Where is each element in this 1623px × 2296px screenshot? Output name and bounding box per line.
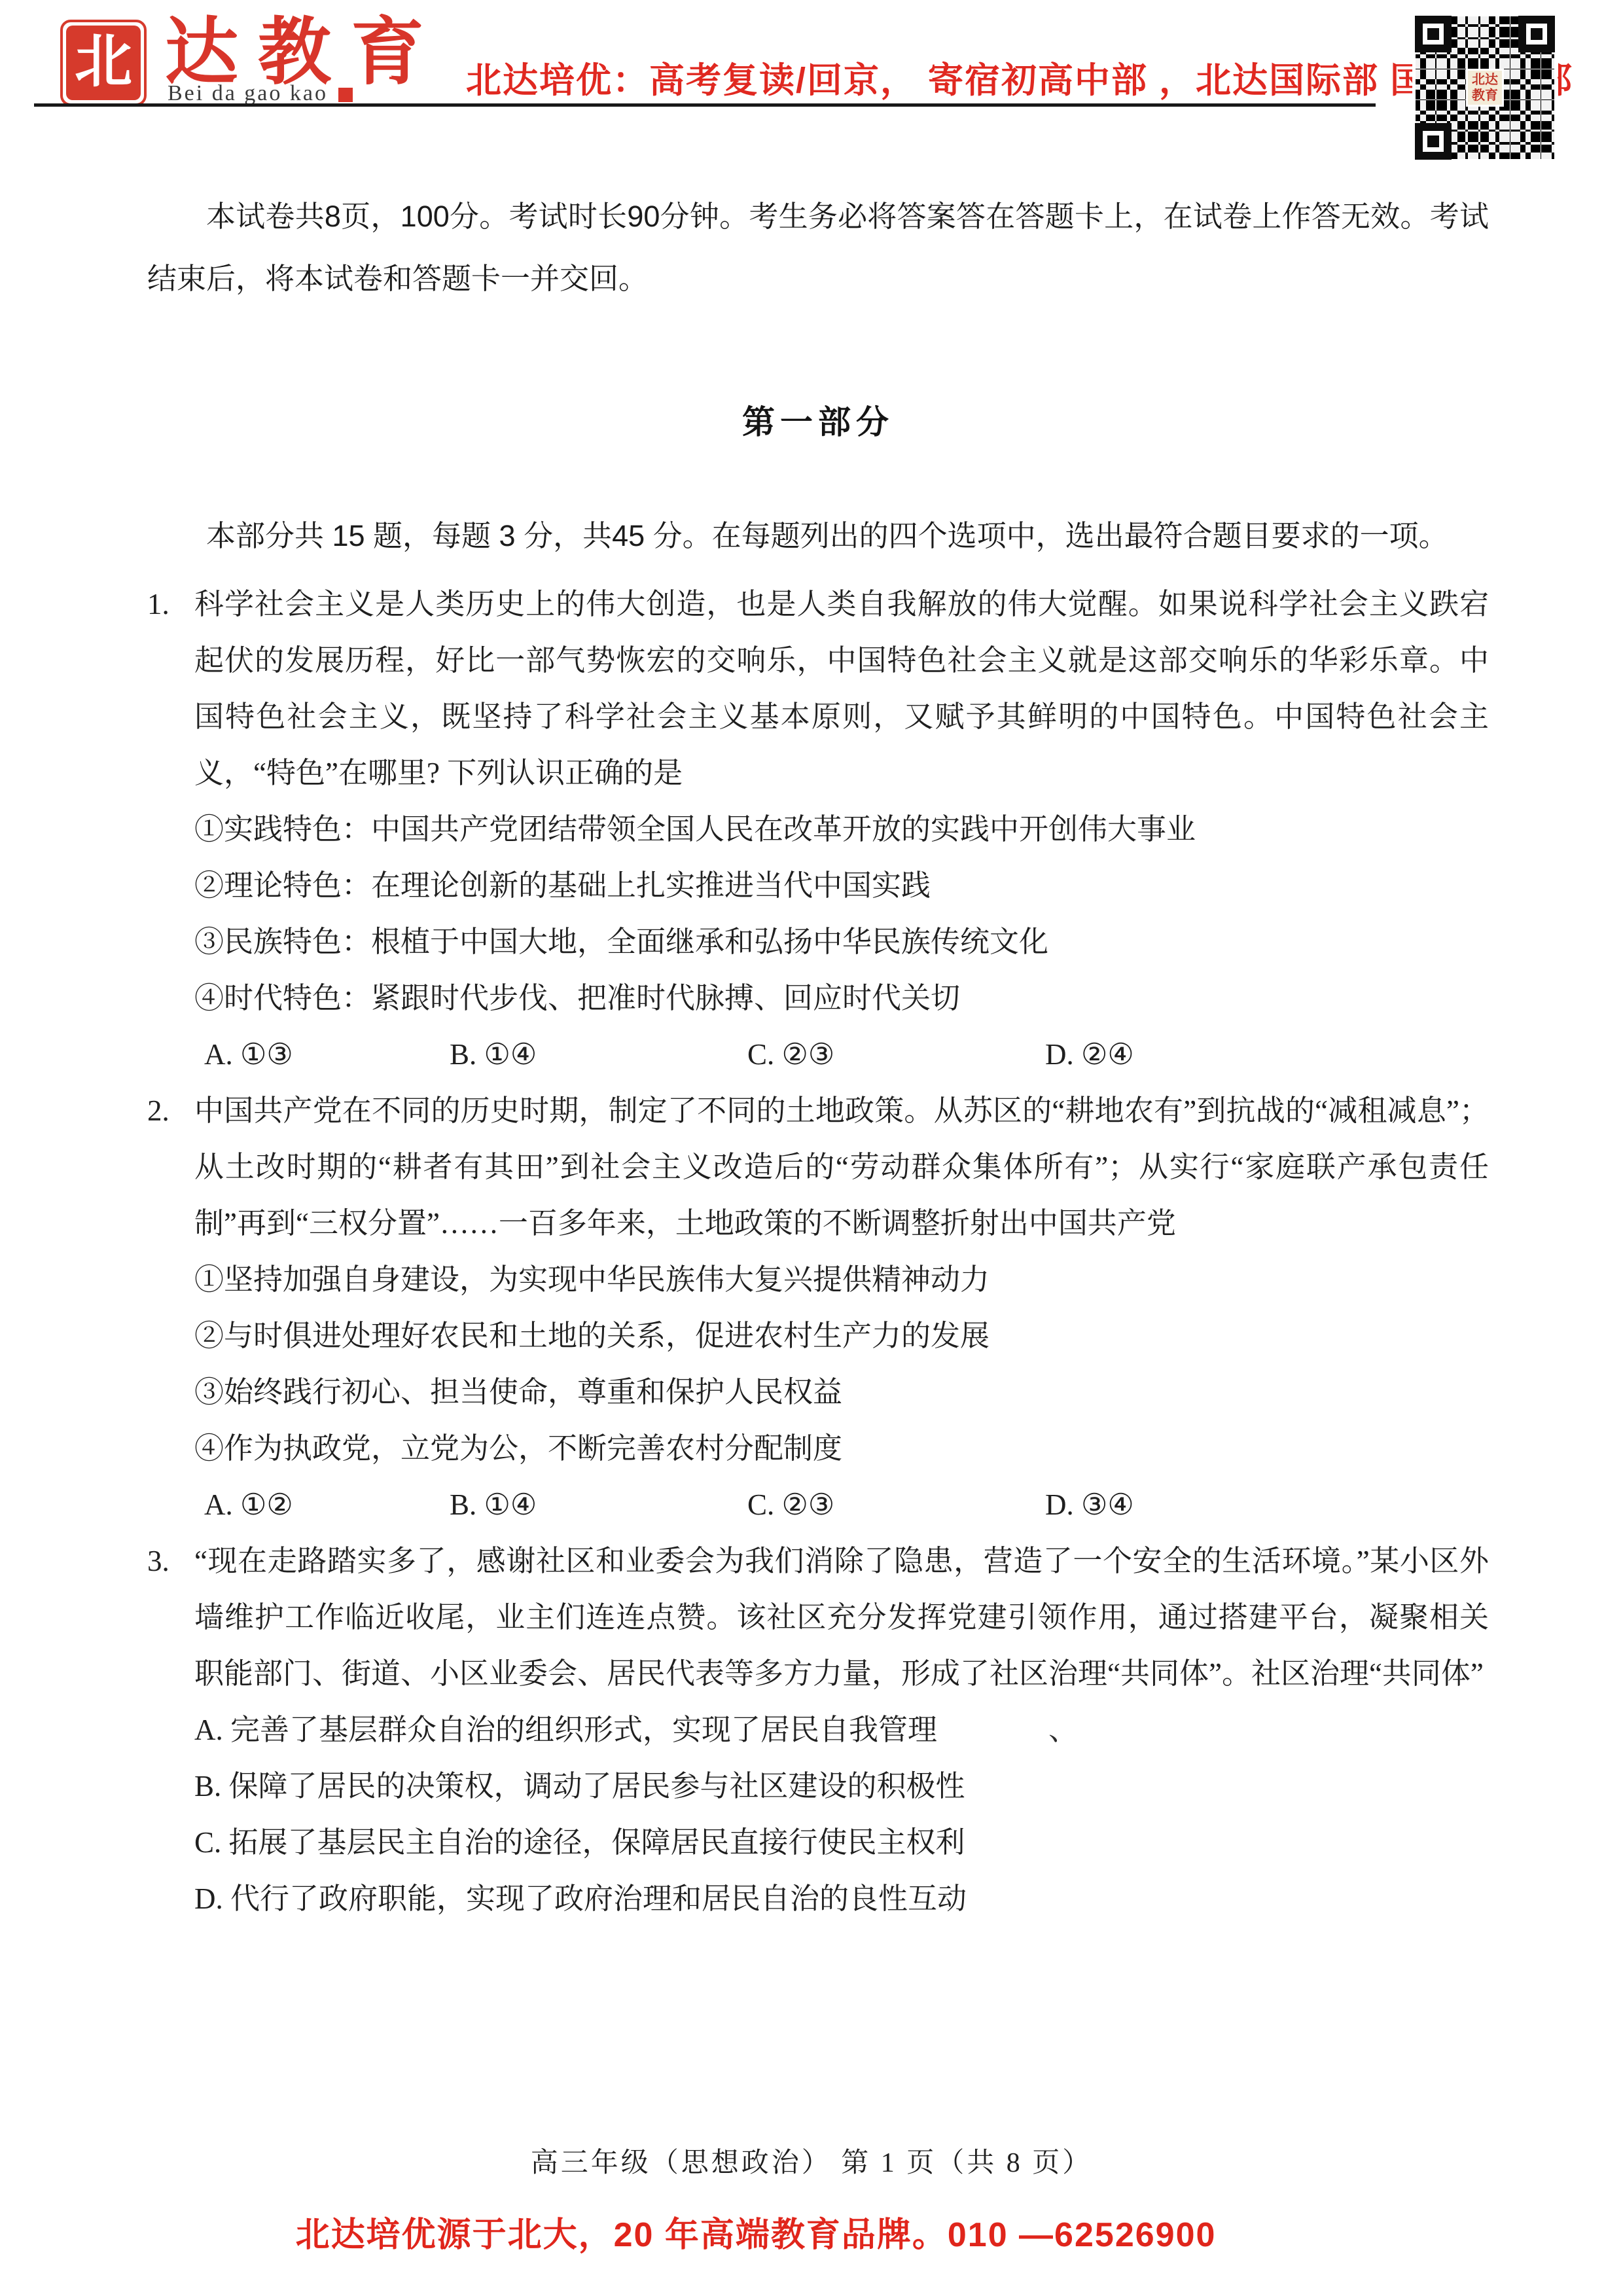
item-line: ①坚持加强自身建设，为实现中华民族伟大复兴提供精神动力 bbox=[194, 1251, 1489, 1308]
item-line: ①实践特色：中国共产党团结带领全国人民在改革开放的实践中开创伟大事业 bbox=[194, 801, 1489, 857]
stray-mark: 、 bbox=[1048, 1713, 1078, 1746]
exam-body: 本试卷共8页，100分。考试时长90分钟。考生务必将答案答在答题卡上，在试卷上作… bbox=[147, 185, 1489, 1927]
question-3: 3. “现在走路踏实多了，感谢社区和业委会为我们消除了隐患，营造了一个安全的生活… bbox=[147, 1533, 1489, 1927]
brand-slogan: 北达培优：高考复读/回京， 寄宿初高中部 ，北达国际部 国际竞赛部 bbox=[466, 52, 1573, 103]
option-c: C. 拓展了基层民主自治的途径，保障居民直接行使民主权利 bbox=[194, 1814, 1489, 1871]
qr-label-line2: 教育 bbox=[1472, 88, 1498, 103]
question-stem: 科学社会主义是人类历史上的伟大创造，也是人类自我解放的伟大觉醒。如果说科学社会主… bbox=[194, 576, 1489, 801]
question-1: 1. 科学社会主义是人类历史上的伟大创造，也是人类自我解放的伟大觉醒。如果说科学… bbox=[147, 576, 1489, 1083]
option-d: D. ②④ bbox=[1045, 1026, 1134, 1083]
option-a-text: A. 完善了基层群众自治的组织形式，实现了居民自我管理 bbox=[194, 1713, 937, 1746]
exam-page: 北 达教育 Bei da gao kao 北达培优：高考复读/回京， 寄宿初高中… bbox=[0, 0, 1623, 2296]
qr-finder-icon bbox=[1518, 16, 1555, 52]
question-number: 2. bbox=[147, 1083, 169, 1139]
contact-line: 北达培优源于北大，20 年高端教育品牌。010 —62526900 bbox=[0, 2207, 1567, 2256]
option-c: C. ②③ bbox=[747, 1026, 834, 1083]
question-number: 3. bbox=[147, 1533, 169, 1589]
option-a: A. ①③ bbox=[204, 1026, 293, 1083]
option-d: D. 代行了政府职能，实现了政府治理和居民自治的良性互动 bbox=[194, 1871, 1489, 1927]
item-line: ②与时俱进处理好农民和土地的关系，促进农村生产力的发展 bbox=[194, 1308, 1489, 1364]
page-footer: 高三年级（思想政治） 第 1 页（共 8 页） bbox=[0, 2135, 1623, 2191]
item-line: ③始终践行初心、担当使命，尊重和保护人民权益 bbox=[194, 1364, 1489, 1420]
qr-center-label: 北达 教育 bbox=[1466, 69, 1504, 107]
exam-instructions: 本试卷共8页，100分。考试时长90分钟。考生务必将答案答在答题卡上，在试卷上作… bbox=[147, 185, 1489, 310]
header-rule bbox=[34, 103, 1376, 107]
option-d: D. ③④ bbox=[1045, 1477, 1134, 1533]
options-row: A. ①② B. ①④ C. ②③ D. ③④ bbox=[194, 1477, 1489, 1533]
item-line: ②理论特色：在理论创新的基础上扎实推进当代中国实践 bbox=[194, 857, 1489, 914]
brand-logo-subtext: Bei da gao kao bbox=[168, 81, 353, 106]
red-square-icon bbox=[338, 88, 353, 102]
option-b: B. 保障了居民的决策权，调动了居民参与社区建设的积极性 bbox=[194, 1758, 1489, 1814]
question-items: ①坚持加强自身建设，为实现中华民族伟大复兴提供精神动力 ②与时俱进处理好农民和土… bbox=[194, 1251, 1489, 1477]
item-line: ④时代特色：紧跟时代步伐、把准时代脉搏、回应时代关切 bbox=[194, 970, 1489, 1026]
brand-seal-icon: 北 bbox=[60, 20, 147, 106]
brand-logo-subtext-label: Bei da gao kao bbox=[168, 81, 328, 105]
question-2: 2. 中国共产党在不同的历史时期，制定了不同的土地政策。从苏区的“耕地农有”到抗… bbox=[147, 1083, 1489, 1533]
qr-finder-icon bbox=[1415, 123, 1452, 160]
question-items: ①实践特色：中国共产党团结带领全国人民在改革开放的实践中开创伟大事业 ②理论特色… bbox=[194, 801, 1489, 1026]
question-stem: 中国共产党在不同的历史时期，制定了不同的土地政策。从苏区的“耕地农有”到抗战的“… bbox=[194, 1083, 1489, 1251]
part-one-heading: 第一部分 bbox=[147, 393, 1489, 451]
brand-seal-char: 北 bbox=[66, 26, 141, 100]
question-stem: “现在走路踏实多了，感谢社区和业委会为我们消除了隐患，营造了一个安全的生活环境。… bbox=[194, 1533, 1489, 1702]
qr-finder-icon bbox=[1415, 16, 1452, 52]
page-header: 北 达教育 Bei da gao kao 北达培优：高考复读/回京， 寄宿初高中… bbox=[0, 0, 1623, 111]
option-c: C. ②③ bbox=[747, 1477, 834, 1533]
option-a: A. 完善了基层群众自治的组织形式，实现了居民自我管理、 bbox=[194, 1702, 1489, 1758]
qr-label-line1: 北达 bbox=[1472, 72, 1498, 88]
qr-code-icon: 北达 教育 bbox=[1412, 13, 1558, 162]
options-row: A. ①③ B. ①④ C. ②③ D. ②④ bbox=[194, 1026, 1489, 1083]
option-b: B. ①④ bbox=[450, 1477, 537, 1533]
question-options: A. 完善了基层群众自治的组织形式，实现了居民自我管理、 B. 保障了居民的决策… bbox=[194, 1702, 1489, 1927]
option-a: A. ①② bbox=[204, 1477, 293, 1533]
brand-logo-text: 达教育 bbox=[165, 12, 444, 92]
item-line: ③民族特色：根植于中国大地，全面继承和弘扬中华民族传统文化 bbox=[194, 914, 1489, 970]
question-number: 1. bbox=[147, 576, 169, 632]
option-b: B. ①④ bbox=[450, 1026, 537, 1083]
item-line: ④作为执政党，立党为公，不断完善农村分配制度 bbox=[194, 1420, 1489, 1477]
part-one-instructions: 本部分共 15 题，每题 3 分，共45 分。在每题列出的四个选项中，选出最符合… bbox=[147, 505, 1489, 567]
